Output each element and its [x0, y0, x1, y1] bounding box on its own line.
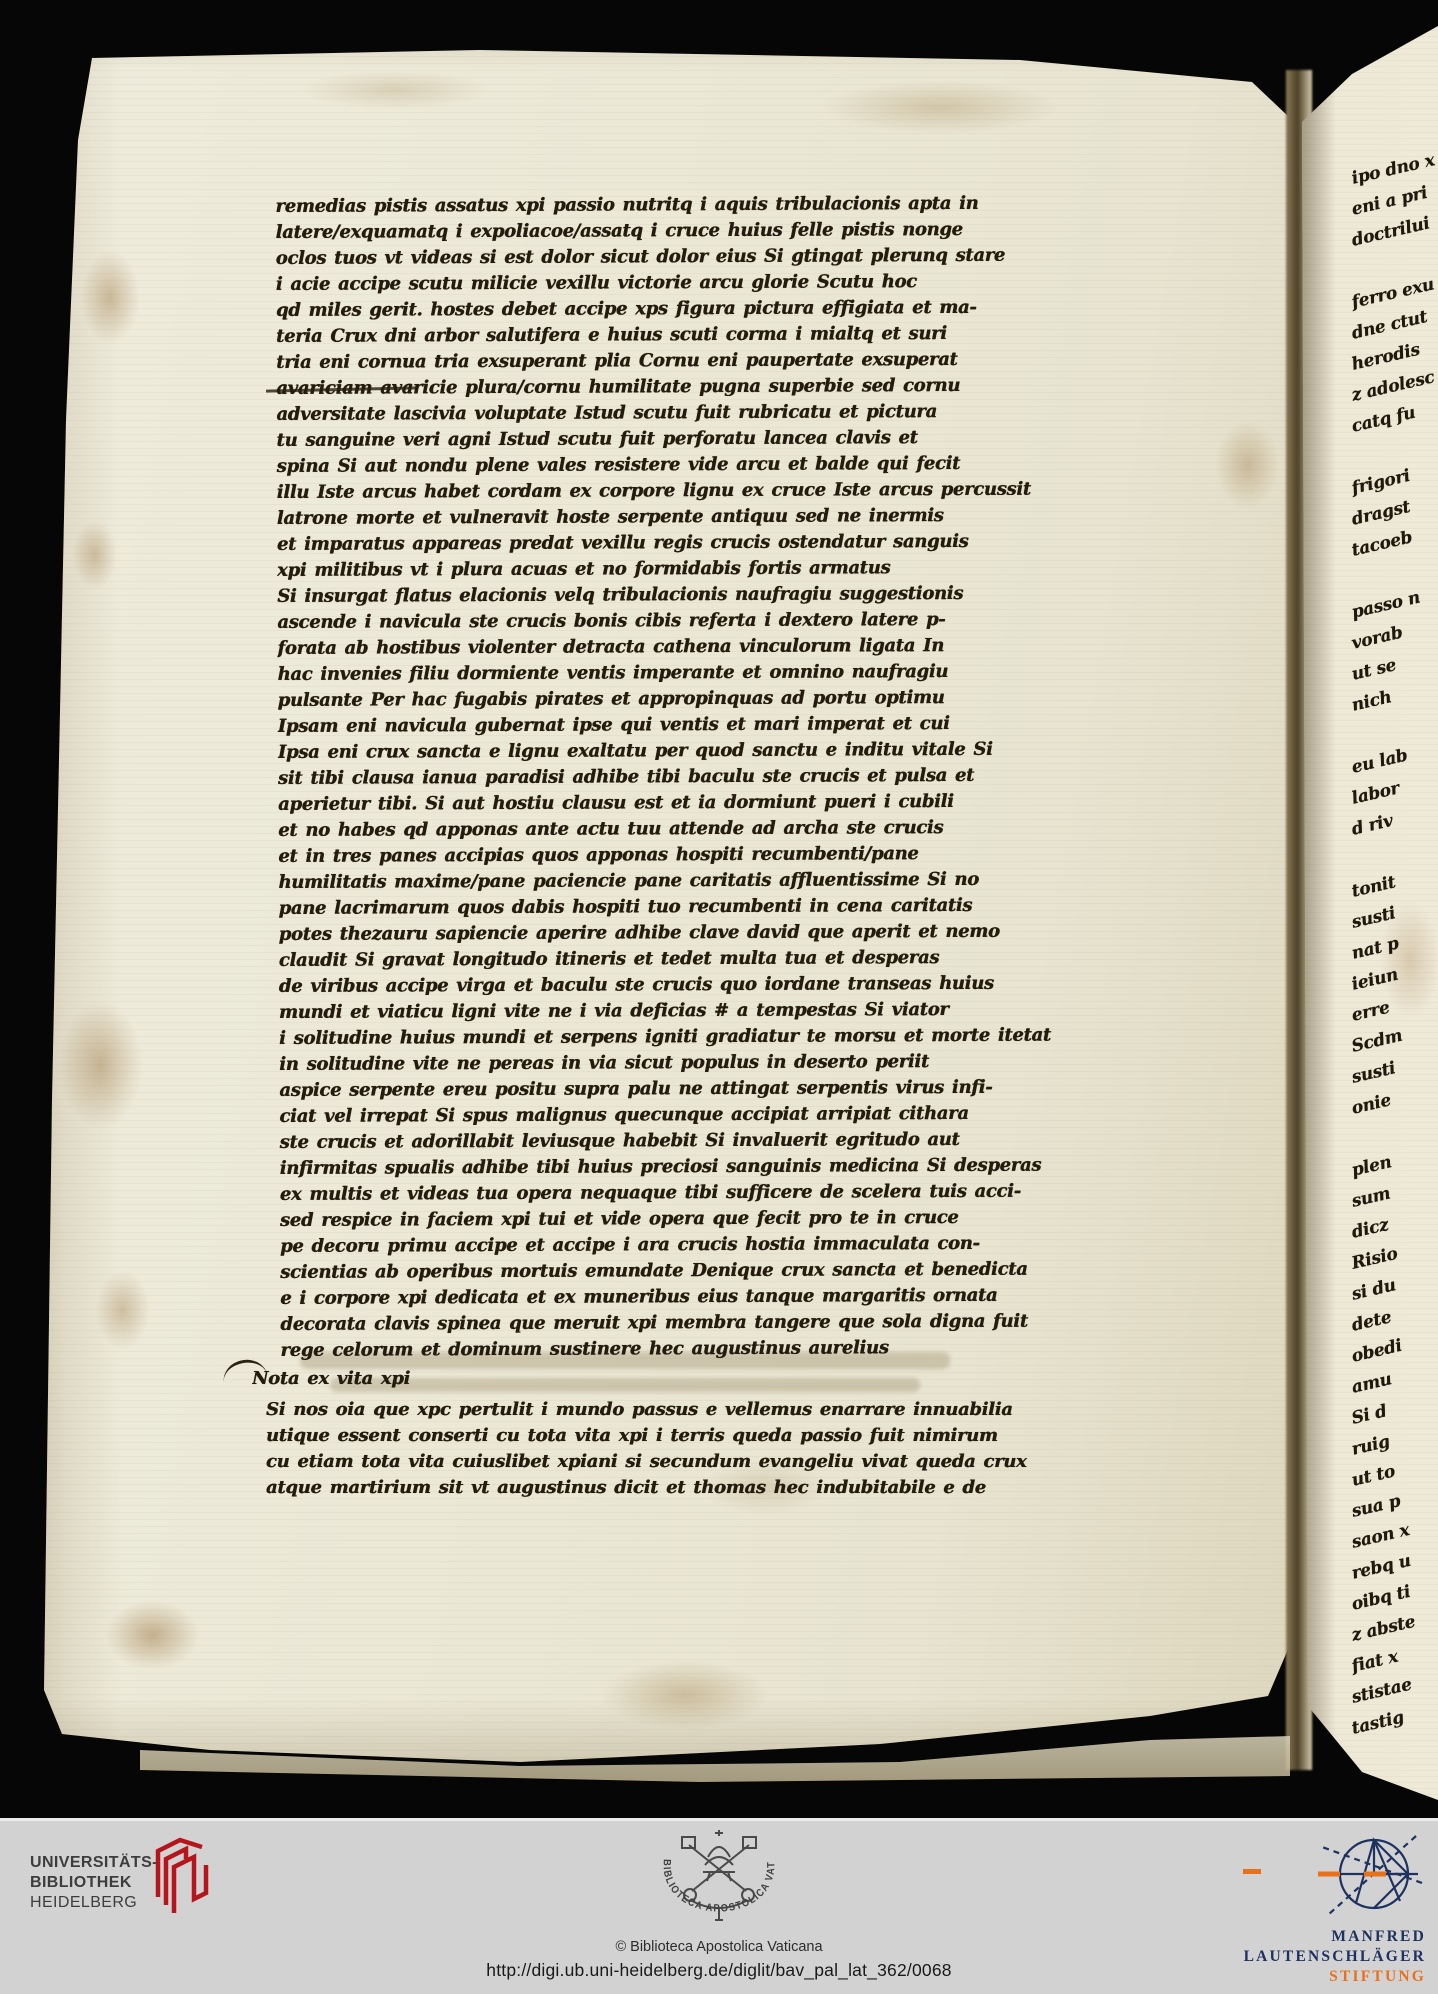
manuscript-line: hac invenies filiu dormiente ventis impe…: [277, 658, 1161, 688]
ub-heidelberg-book-icon: [142, 1835, 212, 1925]
manuscript-line: in solitudine vite ne pereas in via sicu…: [279, 1048, 1163, 1078]
manuscript-line: ascende i navicula ste crucis bonis cibi…: [277, 606, 1161, 636]
manuscript-photo: remedias pistis assatus xpi passio nutri…: [0, 0, 1438, 1818]
ub-line3: HEIDELBERG: [30, 1893, 158, 1913]
ub-line2: BIBLIOTHEK: [30, 1873, 158, 1893]
manuscript-line: Si nos oia que xpc pertulit i mundo pass…: [266, 1397, 1162, 1423]
manuscript-line: scientias ab operibus mortuis emundate D…: [280, 1256, 1164, 1286]
seal-curved-text: BIBLIOTECA APOSTOLICA VATICANA: [644, 1827, 777, 1915]
manuscript-line: i acie accipe scutu milicie vexillu vict…: [276, 268, 1160, 298]
manuscript-line: humilitatis maxime/pane paciencie pane c…: [278, 866, 1162, 896]
ml-orange-dash: [1243, 1869, 1261, 1874]
ub-line1: UNIVERSITÄTS-: [30, 1853, 158, 1873]
manuscript-line: de viribus accipe virga et baculu ste cr…: [279, 970, 1163, 1000]
manuscript-line: sed respice in faciem xpi tui et vide op…: [280, 1204, 1164, 1234]
manuscript-line: pe decoru primu accipe et accipe i ara c…: [280, 1230, 1164, 1260]
left-page: remedias pistis assatus xpi passio nutri…: [0, 0, 1438, 1818]
svg-text:BIBLIOTECA APOSTOLICA VATICANA: BIBLIOTECA APOSTOLICA VATICANA: [644, 1827, 777, 1915]
manuscript-line: infirmitas spualis adhibe tibi huius pre…: [280, 1152, 1164, 1182]
manuscript-line: aperietur tibi. Si aut hostiu clausu est…: [278, 788, 1162, 818]
manuscript-line: rege celorum et dominum sustinere hec au…: [280, 1334, 1164, 1364]
manuscript-line: xpi militibus vt i plura acuas et no for…: [277, 554, 1161, 584]
manuscript-line: teria Crux dni arbor salutifera e huius …: [276, 320, 1160, 350]
manuscript-line: tria eni cornua tria exsuperant plia Cor…: [276, 346, 1160, 376]
manuscript-line: ste crucis et adorillabit leviusque habe…: [280, 1126, 1164, 1156]
manuscript-line: e i corpore xpi dedicata et ex muneribus…: [280, 1282, 1164, 1312]
ub-heidelberg-wordmark: UNIVERSITÄTS- BIBLIOTHEK HEIDELBERG: [30, 1853, 158, 1913]
manuscript-line: oclos tuos vt videas si est dolor sicut …: [276, 242, 1160, 272]
page-edge-shade: [0, 0, 1438, 70]
manuscript-line: remedias pistis assatus xpi passio nutri…: [275, 190, 1159, 220]
page-edge-shade: [0, 0, 120, 1818]
footer-bar: UNIVERSITÄTS- BIBLIOTHEK HEIDELBERG: [0, 1818, 1438, 1994]
ml-line3: STIFTUNG: [1244, 1967, 1426, 1987]
manuscript-line: latere/exquamatq i expoliacoe/assatq i c…: [276, 216, 1160, 246]
ml-line2: LAUTENSCHLÄGER: [1244, 1947, 1426, 1967]
manuscript-line: cu etiam tota vita cuiuslibet xpiani si …: [266, 1449, 1162, 1475]
manuscript-line: adversitate lascivia voluptate Istud scu…: [276, 398, 1160, 428]
manuscript-line: Ipsam eni navicula gubernat ipse qui ven…: [278, 710, 1162, 740]
manuscript-line: ciat vel irrepat Si spus malignus quecun…: [279, 1100, 1163, 1130]
manuscript-line: Ipsa eni crux sancta e lignu exaltatu pe…: [278, 736, 1162, 766]
manuscript-line: i solitudine huius mundi et serpens igni…: [279, 1022, 1163, 1052]
copyright-text: © Biblioteca Apostolica Vaticana: [0, 1939, 1438, 1955]
ml-line1: MANFRED: [1244, 1927, 1426, 1947]
source-url-text: http://digi.ub.uni-heidelberg.de/diglit/…: [0, 1960, 1438, 1981]
text-block-nota: Si nos oia que xpc pertulit i mundo pass…: [266, 1397, 1162, 1501]
manuscript-line: ex multis et videas tua opera nequaque t…: [280, 1178, 1164, 1208]
manuscript-line: potes thezauru sapiencie aperire adhibe …: [279, 918, 1163, 948]
manuscript-line: sit tibi clausa ianua paradisi adhibe ti…: [278, 762, 1162, 792]
manuscript-line: utique essent conserti cu tota vita xpi …: [266, 1423, 1162, 1449]
manuscript-line: tu sanguine veri agni Istud scutu fuit p…: [276, 424, 1160, 454]
manuscript-line: decorata clavis spinea que meruit xpi me…: [280, 1308, 1164, 1338]
manuscript-line: illu Iste arcus habet cordam ex corpore …: [277, 476, 1161, 506]
manuscript-line: aspice serpente ereu positu supra palu n…: [279, 1074, 1163, 1104]
manuscript-line: forata ab hostibus violenter detracta ca…: [277, 632, 1161, 662]
manuscript-line: pane lacrimarum quos dabis hospiti tuo r…: [279, 892, 1163, 922]
manuscript-line: Si insurgat flatus elacionis velq tribul…: [277, 580, 1161, 610]
chapter-heading: Nota ex vita xpi: [252, 1366, 672, 1392]
manuscript-line: et no habes qd apponas ante actu tuu att…: [278, 814, 1162, 844]
manuscript-line: latrone morte et vulneravit hoste serpen…: [277, 502, 1161, 532]
manuscript-line: et in tres panes accipias quos apponas h…: [278, 840, 1162, 870]
manuscript-line: atque martirium sit vt augustinus dicit …: [266, 1475, 1162, 1501]
manuscript-line: qd miles gerit. hostes debet accipe xps …: [276, 294, 1160, 324]
vatican-library-seal-icon: BIBLIOTECA APOSTOLICA VATICANA: [644, 1827, 794, 1947]
manuscript-line: spina Si aut nondu plene vales resistere…: [277, 450, 1161, 480]
manuscript-line: et imparatus appareas predat vexillu reg…: [277, 528, 1161, 558]
manuscript-line: pulsante Per hac fugabis pirates et appr…: [278, 684, 1162, 714]
lautenschlaeger-globe-icon: [1260, 1823, 1430, 1938]
manuscript-line: mundi et viaticu ligni vite ne i via def…: [279, 996, 1163, 1026]
manuscript-line: claudit Si gravat longitudo itineris et …: [279, 944, 1163, 974]
text-block-main: remedias pistis assatus xpi passio nutri…: [275, 190, 1164, 1364]
lautenschlaeger-wordmark: MANFRED LAUTENSCHLÄGER STIFTUNG: [1244, 1927, 1426, 1987]
